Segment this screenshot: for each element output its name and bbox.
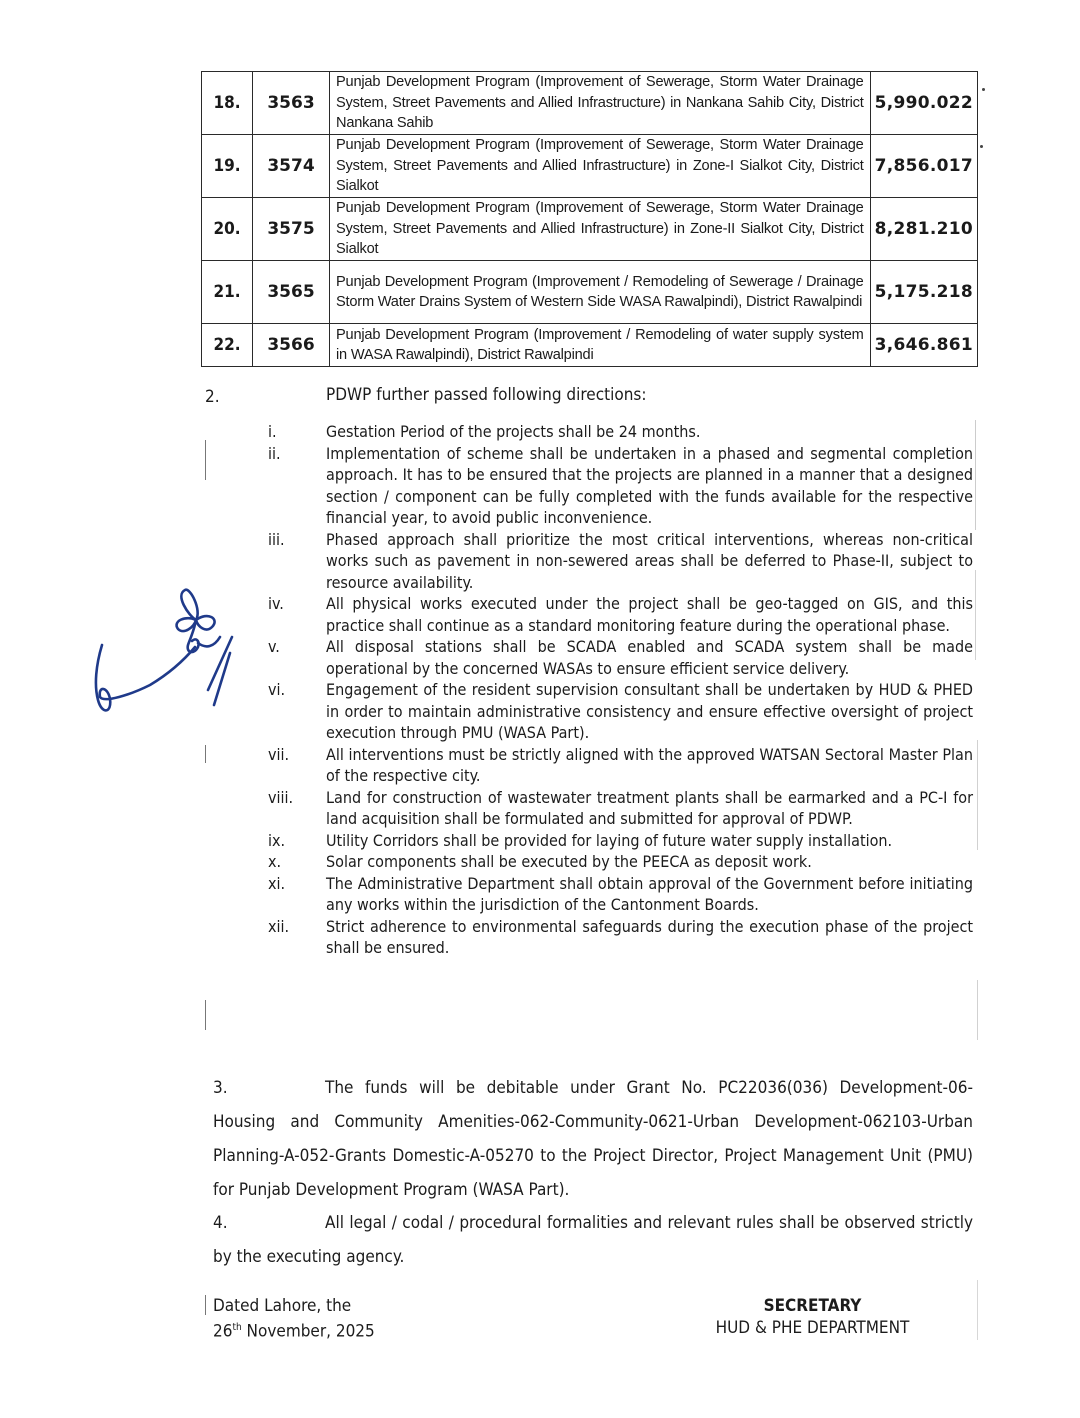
date-line: 26th November, 2025 <box>213 1317 375 1343</box>
amount-cell: 8,281.210 <box>870 198 977 261</box>
scheme-description-cell: Punjab Development Program (Improvement … <box>330 324 871 367</box>
amount-cell: 7,856.017 <box>870 135 977 198</box>
direction-text: Strict adherence to environmental safegu… <box>326 916 973 959</box>
scheme-description-cell: Punjab Development Program (Improvement … <box>330 72 871 135</box>
direction-text: Engagement of the resident supervision c… <box>326 679 973 744</box>
serial-number-cell: 22. <box>202 324 253 367</box>
serial-number-cell: 20. <box>202 198 253 261</box>
signature-initials-icon <box>90 575 250 735</box>
direction-number: x. <box>268 851 326 873</box>
scheme-description-cell: Punjab Development Program (Improvement … <box>330 135 871 198</box>
direction-item: viii.Land for construction of wastewater… <box>268 787 973 830</box>
direction-text: Utility Corridors shall be provided for … <box>326 830 973 852</box>
direction-number: ii. <box>268 443 326 529</box>
scheme-code-cell: 3563 <box>253 72 330 135</box>
scan-mark <box>977 980 978 1040</box>
direction-item: xii.Strict adherence to environmental sa… <box>268 916 973 959</box>
scan-mark <box>980 145 983 148</box>
table-row: 18.3563Punjab Development Program (Impro… <box>202 72 978 135</box>
table-row: 20.3575Punjab Development Program (Impro… <box>202 198 978 261</box>
direction-number: ix. <box>268 830 326 852</box>
section-4-text: All legal / codal / procedural formaliti… <box>213 1213 973 1267</box>
direction-item: iii.Phased approach shall prioritize the… <box>268 529 973 594</box>
table-row: 19.3574Punjab Development Program (Impro… <box>202 135 978 198</box>
direction-text: Solar components shall be executed by th… <box>326 851 973 873</box>
amount-cell: 5,175.218 <box>870 261 977 324</box>
direction-item: vi.Engagement of the resident supervisio… <box>268 679 973 744</box>
direction-text: Phased approach shall prioritize the mos… <box>326 529 973 594</box>
scan-mark <box>205 1295 206 1315</box>
direction-text: Implementation of scheme shall be undert… <box>326 443 973 529</box>
scan-mark <box>975 570 976 660</box>
serial-number-cell: 21. <box>202 261 253 324</box>
direction-text: Gestation Period of the projects shall b… <box>326 421 973 443</box>
direction-number: i. <box>268 421 326 443</box>
direction-number: iii. <box>268 529 326 594</box>
section-4-number: 4. <box>213 1206 325 1240</box>
scheme-code-cell: 3566 <box>253 324 330 367</box>
scan-mark <box>205 1000 206 1030</box>
signatory-department: HUD & PHE DEPARTMENT <box>700 1317 925 1339</box>
direction-text: All interventions must be strictly align… <box>326 744 973 787</box>
scan-mark <box>205 440 206 480</box>
table-row: 21.3565Punjab Development Program (Impro… <box>202 261 978 324</box>
direction-number: viii. <box>268 787 326 830</box>
section-3-paragraph: 3.The funds will be debitable under Gran… <box>213 1071 973 1207</box>
date-suffix: th <box>232 1322 241 1333</box>
serial-number-cell: 18. <box>202 72 253 135</box>
scheme-code-cell: 3575 <box>253 198 330 261</box>
direction-number: xii. <box>268 916 326 959</box>
signatory-title: SECRETARY <box>700 1295 925 1317</box>
dated-line: Dated Lahore, the <box>213 1295 375 1317</box>
section-2-number: 2. <box>205 387 220 407</box>
signatory-block: SECRETARY HUD & PHE DEPARTMENT <box>700 1295 925 1339</box>
direction-text: Land for construction of wastewater trea… <box>326 787 973 830</box>
direction-number: v. <box>268 636 326 679</box>
section-3-number: 3. <box>213 1071 325 1105</box>
directions-list: i.Gestation Period of the projects shall… <box>268 421 973 959</box>
scheme-description-cell: Punjab Development Program (Improvement … <box>330 261 871 324</box>
direction-number: iv. <box>268 593 326 636</box>
direction-number: vii. <box>268 744 326 787</box>
scheme-code-cell: 3565 <box>253 261 330 324</box>
date-rest: November, 2025 <box>242 1322 375 1342</box>
direction-item: xi.The Administrative Department shall o… <box>268 873 973 916</box>
scheme-description-cell: Punjab Development Program (Improvement … <box>330 198 871 261</box>
direction-item: x.Solar components shall be executed by … <box>268 851 973 873</box>
section-4-paragraph: 4.All legal / codal / procedural formali… <box>213 1206 973 1274</box>
direction-text: The Administrative Department shall obta… <box>326 873 973 916</box>
direction-text: All disposal stations shall be SCADA ena… <box>326 636 973 679</box>
document-page: 18.3563Punjab Development Program (Impro… <box>0 0 1080 1418</box>
direction-text: All physical works executed under the pr… <box>326 593 973 636</box>
date-day: 26 <box>213 1322 232 1342</box>
direction-item: i.Gestation Period of the projects shall… <box>268 421 973 443</box>
section-2-heading: PDWP further passed following directions… <box>326 385 647 405</box>
direction-item: ix.Utility Corridors shall be provided f… <box>268 830 973 852</box>
direction-item: v.All disposal stations shall be SCADA e… <box>268 636 973 679</box>
scan-mark <box>205 745 206 763</box>
direction-number: xi. <box>268 873 326 916</box>
scan-mark <box>975 420 976 530</box>
table-row: 22.3566Punjab Development Program (Impro… <box>202 324 978 367</box>
direction-item: ii.Implementation of scheme shall be und… <box>268 443 973 529</box>
amount-cell: 5,990.022 <box>870 72 977 135</box>
projects-table: 18.3563Punjab Development Program (Impro… <box>201 71 978 367</box>
section-3-text: The funds will be debitable under Grant … <box>213 1078 973 1200</box>
direction-item: iv.All physical works executed under the… <box>268 593 973 636</box>
amount-cell: 3,646.861 <box>870 324 977 367</box>
scan-mark <box>977 740 978 850</box>
dated-block: Dated Lahore, the 26th November, 2025 <box>213 1295 375 1343</box>
serial-number-cell: 19. <box>202 135 253 198</box>
direction-item: vii.All interventions must be strictly a… <box>268 744 973 787</box>
scheme-code-cell: 3574 <box>253 135 330 198</box>
scan-mark <box>977 1280 978 1340</box>
scan-mark <box>982 88 985 91</box>
direction-number: vi. <box>268 679 326 744</box>
